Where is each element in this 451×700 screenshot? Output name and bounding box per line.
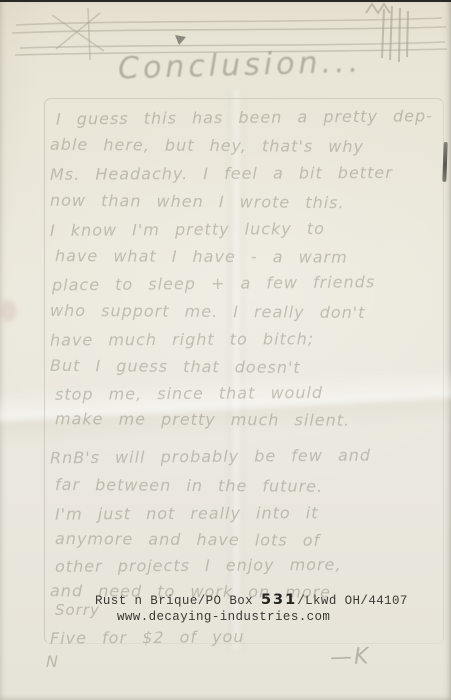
imprint-address-prefix: Rust n Brique/PO Box (95, 594, 261, 608)
handwriting-line: other projects I enjoy more, (55, 555, 342, 576)
handwriting-line: have what I have - a warm (55, 246, 348, 267)
po-box-number: 531 (261, 592, 297, 608)
handwriting-line: stop me, since that would (55, 383, 323, 404)
scanned-zine-page: Conclusion... I guess this has been a pr… (0, 0, 451, 700)
handwriting-line: make me pretty much silent. (55, 409, 350, 430)
handwriting-line: now than when I wrote this. (50, 191, 345, 213)
handwriting-line: I'm just not really into it (55, 503, 319, 523)
handwriting-line: But I guess that doesn't (50, 356, 301, 377)
handwriting-line: anymore and have lots of (55, 529, 320, 550)
handwriting-line: place to sleep + a few friends (52, 272, 375, 294)
handwriting-line: able here, but hey, that's why (50, 135, 364, 156)
handwriting-sorry: Sorry (55, 601, 100, 619)
page-title: Conclusion... (118, 45, 363, 87)
handwriting-line: have much right to bitch; (50, 329, 314, 349)
handwriting-price-note: Five for $2 of you (50, 627, 245, 648)
stray-pencil-mark: N (46, 652, 59, 671)
handwriting-line: far between in the future. (55, 475, 323, 496)
handwriting-line: RnB's will probably be few and (50, 446, 371, 468)
imprint-address-suffix: /Lkwd OH/44107 (297, 594, 408, 608)
ink-speck (175, 35, 186, 45)
signature: —K (330, 644, 371, 670)
imprint-website: www.decaying-industries.com (117, 610, 330, 624)
imprint-address: Rust n Brique/PO Box 531/Lkwd OH/44107 (95, 592, 408, 608)
handwriting-line: who support me. I really don't (50, 301, 366, 322)
edge-smudge (0, 300, 16, 322)
handwriting-line: I know I'm pretty lucky to (50, 219, 325, 240)
handwriting-line: Ms. Headachy. I feel a bit better (50, 163, 393, 184)
handwriting-line: I guess this has been a pretty dep- (56, 106, 433, 128)
